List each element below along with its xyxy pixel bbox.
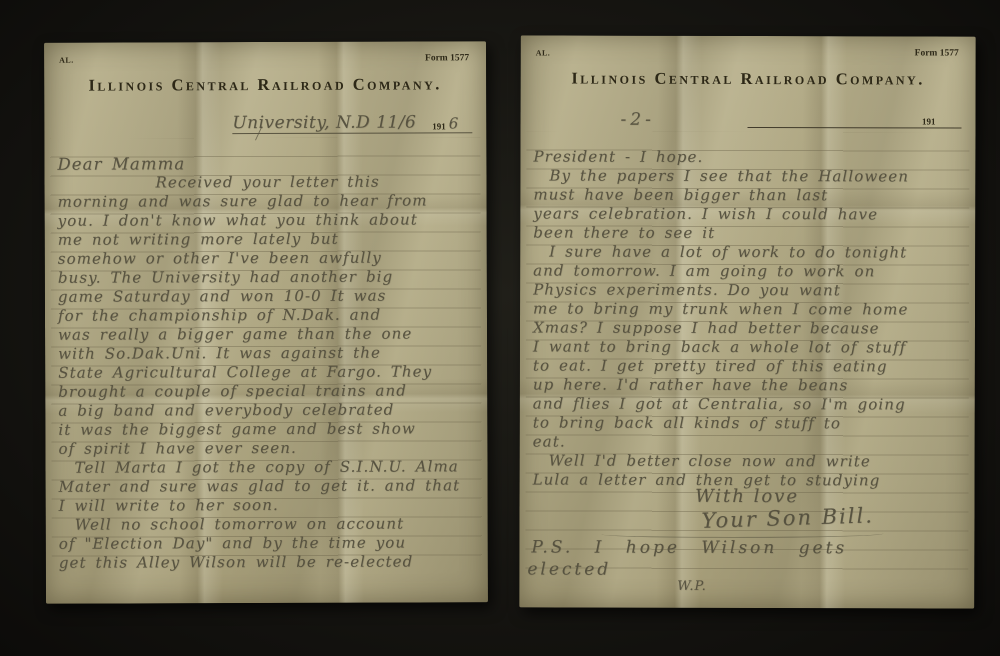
handwritten-line: Tell Marta I got the copy of S.I.N.U. Al… xyxy=(58,457,478,477)
handwritten-line: of spirit I have ever seen. xyxy=(58,438,478,458)
handwritten-line: a big band and everybody celebrated xyxy=(58,400,478,420)
handwritten-line: eat. xyxy=(533,432,966,452)
form-number: Form 1577 xyxy=(915,48,959,58)
handwritten-line: I sure have a lot of work to do tonight xyxy=(533,242,966,262)
handwritten-year-digit: 6 xyxy=(449,114,473,132)
letter-page-2: AL. Form 1577 Illinois Central Railroad … xyxy=(519,35,975,608)
handwritten-line: and flies I got at Centralia, so I'm goi… xyxy=(533,394,966,414)
printed-year-label: 191 xyxy=(922,116,936,127)
letterhead-title: Illinois Central Railroad Company. xyxy=(521,68,976,89)
page-number: -2- xyxy=(621,110,655,130)
salutation: Dear Mamma xyxy=(57,153,477,173)
letter-body-page-1: Dear Mamma Received your letter this mor… xyxy=(57,153,478,572)
blank-date-line: 191 xyxy=(748,106,962,129)
photo-background: AL. Form 1577 Illinois Central Railroad … xyxy=(0,0,1000,656)
handwritten-line: Well I'd better close now and write xyxy=(533,451,966,471)
handwritten-line: me to bring my trunk when I come home xyxy=(533,299,966,319)
corner-code: AL. xyxy=(59,56,74,65)
handwritten-line: years celebration. I wish I could have xyxy=(533,204,966,224)
handwritten-line: of "Election Day" and by the time you xyxy=(59,533,479,553)
signature: Your Son Bill. xyxy=(701,503,874,533)
date-line: University, N.D 11/6 191 6 xyxy=(232,107,472,134)
handwritten-line: President - I hope. xyxy=(533,147,966,167)
handwritten-line: you. I don't know what you think about xyxy=(58,210,478,230)
handwritten-line: to eat. I get pretty tired of this eatin… xyxy=(533,356,966,376)
handwritten-line: State Agricultural College at Fargo. The… xyxy=(58,362,478,382)
handwritten-line: for the championship of N.Dak. and xyxy=(58,305,478,325)
handwritten-line: to bring back all kinds of stuff to xyxy=(533,413,966,433)
handwritten-line: and tomorrow. I am going to work on xyxy=(533,261,966,281)
handwritten-line: it was the biggest game and best show xyxy=(58,419,478,439)
closing-phrase: With love xyxy=(520,485,975,507)
postscript-initials: W.P. xyxy=(677,579,707,594)
handwritten-line: game Saturday and won 10-0 It was xyxy=(58,286,478,306)
handwritten-line: me not writing more lately but xyxy=(58,229,478,249)
postscript-line: elected xyxy=(527,559,611,579)
handwritten-line: must have been bigger than last xyxy=(533,185,966,205)
letter-page-1: AL. Form 1577 Illinois Central Railroad … xyxy=(44,41,488,604)
handwritten-line: Mater and sure was glad to get it. and t… xyxy=(59,476,479,496)
handwritten-line: with So.Dak.Uni. It was against the xyxy=(58,343,478,363)
handwritten-line: been there to see it xyxy=(533,223,966,243)
handwritten-line: morning and was sure glad to hear from xyxy=(58,191,478,211)
handwritten-line: somehow or other I've been awfully xyxy=(58,248,478,268)
printed-year-label: 191 xyxy=(432,121,446,132)
handwritten-line: was really a bigger game than the one xyxy=(58,324,478,344)
handwritten-line: Xmas? I suppose I had better because xyxy=(533,318,966,338)
handwritten-line: brought a couple of special trains and xyxy=(58,381,478,401)
handwritten-line: I will write to her soon. xyxy=(59,495,479,515)
handwritten-line: up here. I'd rather have the beans xyxy=(533,375,966,395)
handwritten-line: Received your letter this xyxy=(57,172,477,192)
handwritten-line: By the papers I see that the Halloween xyxy=(533,166,966,186)
handwritten-line: busy. The University had another big xyxy=(58,267,478,287)
handwritten-line: get this Alley Wilson will be re-elected xyxy=(59,552,479,572)
handwritten-line: I want to bring back a whole lot of stuf… xyxy=(533,337,966,357)
corner-code: AL. xyxy=(536,48,551,57)
handwritten-date: University, N.D 11/6 xyxy=(232,112,429,133)
postscript-line: P.S. I hope Wilson gets xyxy=(531,537,847,558)
letter-body-page-2: President - I hope. By the papers I see … xyxy=(533,147,967,490)
handwritten-line: Physics experiments. Do you want xyxy=(533,280,966,300)
letterhead-title: Illinois Central Railroad Company. xyxy=(44,74,486,96)
handwritten-line: Well no school tomorrow on account xyxy=(59,514,479,534)
form-number: Form 1577 xyxy=(425,53,469,63)
